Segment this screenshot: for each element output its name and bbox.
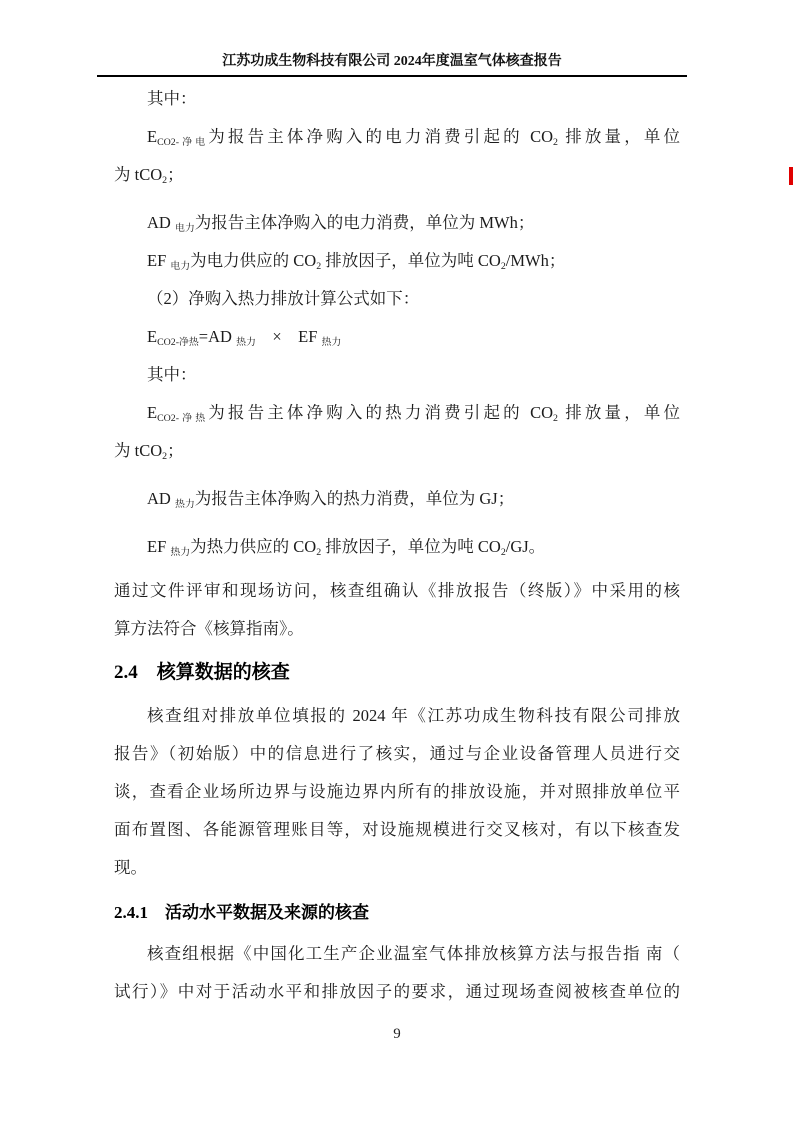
- line-ad-reli-def: AD 热力为报告主体净购入的热力消费，单位为 GJ；: [114, 480, 680, 518]
- line-ef-reli-def: EF 热力为热力供应的 CO2 排放因子，单位为吨 CO2/GJ。: [114, 528, 680, 566]
- page-body: 其中： ECO2-净电为报告主体净购入的电力消费引起的 CO2 排放量，单位 为…: [114, 80, 680, 1011]
- line-ad-dianli-def: AD 电力为报告主体净购入的电力消费，单位为 MWh；: [114, 204, 680, 242]
- line-unit-tco2-2: 为 tCO2；: [114, 432, 680, 470]
- line-item2-heat: （2）净购入热力排放计算公式如下：: [114, 280, 680, 318]
- page-number: 9: [114, 1026, 680, 1043]
- para24-line3: 谈，查看企业场所边界与设施边界内所有的排放设施，并对照排放单位平: [114, 773, 680, 811]
- line-eco2-jingre-def: ECO2-净热为报告主体净购入的热力消费引起的 CO2 排放量，单位: [114, 394, 680, 432]
- formula-net-heat: ECO2-净热=AD 热力 × EF 热力: [114, 318, 680, 356]
- para24-line1: 核查组对排放单位填报的 2024 年《江苏功成生物科技有限公司排放: [114, 697, 680, 735]
- page-header-title: 江苏功成生物科技有限公司 2024年度温室气体核查报告: [97, 50, 687, 77]
- line-conclusion-2: 算方法符合《核算指南》。: [114, 610, 680, 648]
- para241-line2: 试行）》中对于活动水平和排放因子的要求，通过现场查阅被核查单位的: [114, 973, 680, 1011]
- line-ef-dianli-def: EF 电力为电力供应的 CO2 排放因子，单位为吨 CO2/MWh；: [114, 242, 680, 280]
- red-edge-marker: [789, 167, 793, 185]
- section-heading-2-4: 2.4 核算数据的核查: [114, 660, 680, 686]
- section-heading-2-4-1: 2.4.1 活动水平数据及来源的核查: [114, 901, 680, 925]
- line-eco2-jingdian-def: ECO2-净电为报告主体净购入的电力消费引起的 CO2 排放量，单位: [114, 118, 680, 156]
- report-page: 江苏功成生物科技有限公司 2024年度温室气体核查报告 其中： ECO2-净电为…: [0, 0, 794, 1123]
- para241-line1: 核查组根据《中国化工生产企业温室气体排放核算方法与报告指 南（: [114, 935, 680, 973]
- para24-line2: 报告》（初始版）中的信息进行了核实，通过与企业设备管理人员进行交: [114, 735, 680, 773]
- line-qizhong-2: 其中：: [114, 356, 680, 394]
- line-qizhong-1: 其中：: [114, 80, 680, 118]
- line-conclusion-1: 通过文件评审和现场访问，核查组确认《排放报告（终版）》中采用的核: [114, 572, 680, 610]
- para24-line4: 面布置图、各能源管理账目等，对设施规模进行交叉核对，有以下核查发: [114, 811, 680, 849]
- para24-line5: 现。: [114, 849, 680, 887]
- line-unit-tco2-1: 为 tCO2；: [114, 156, 680, 194]
